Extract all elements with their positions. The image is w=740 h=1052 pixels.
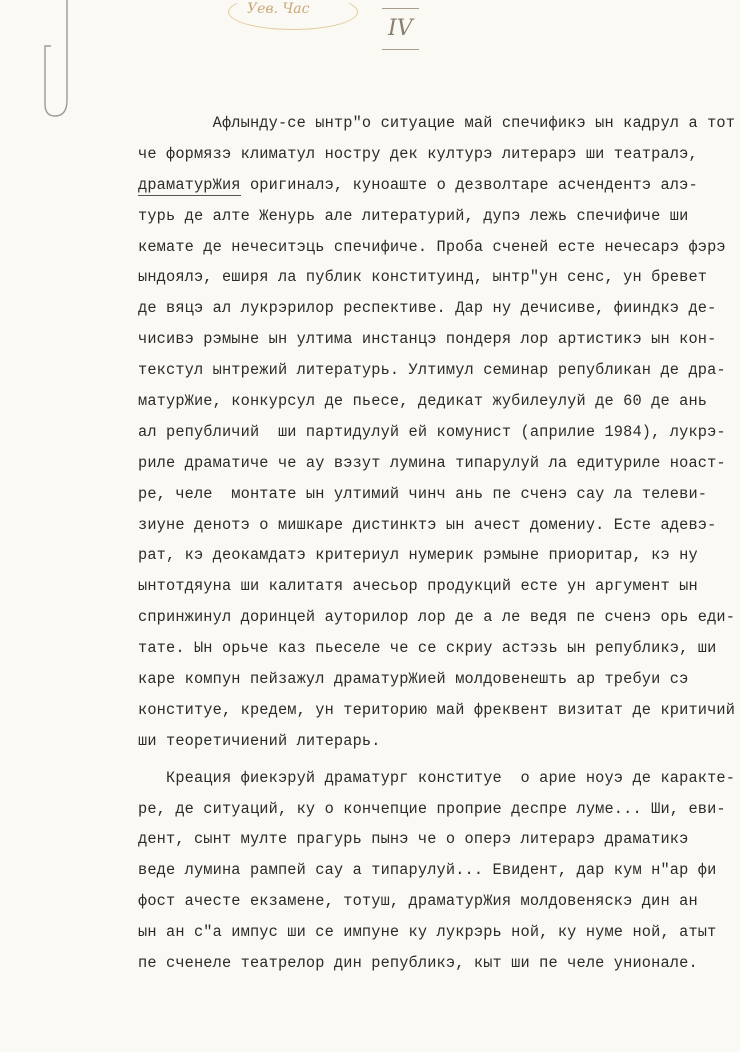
text-line: фост ачесте екзамене, тотуш, драматурЖия… [138, 886, 738, 917]
paragraph: Афлынду-се ынтр"о ситуацие май спечификэ… [138, 108, 738, 757]
text-line: конституе, кредем, ун територию май фрек… [138, 695, 738, 726]
text-line: веде лумина рампей сау а типарулуй... Ев… [138, 855, 738, 886]
text-line: ынтотдяуна ши калитатя ачесьор продукций… [138, 571, 738, 602]
text-line: ындоялэ, еширя ла публик конституинд, ын… [138, 262, 738, 293]
text-line: де вяцэ ал лукрэрилор респективе. Дар ну… [138, 293, 738, 324]
typed-text-body: Афлынду-се ынтр"о ситуацие май спечификэ… [138, 108, 738, 979]
text-line: матурЖие, конкурсул де пьесе, дедикат жу… [138, 386, 738, 417]
text-line: че формязэ климатул ностру дек културэ л… [138, 139, 738, 170]
text-line: ал републичий ши партидулуй ей комунист … [138, 417, 738, 448]
text-line: зиуне денотэ о мишкаре дистинктэ ын ачес… [138, 510, 738, 541]
handwritten-note: Уев. Час [228, 0, 358, 30]
text-line: текстул ынтрежий литературь. Ултимул сем… [138, 355, 738, 386]
text-line: ын ан с"а импус ши се импуне ку лукрэрь … [138, 917, 738, 948]
text-line: кемате де нечеситэць спечифиче. Проба сч… [138, 232, 738, 263]
text-line: рат, кэ деокамдатэ критериул нумерик рэм… [138, 540, 738, 571]
paragraph: Креация фиекэруй драматург конституе о а… [138, 763, 738, 979]
text-line: Креация фиекэруй драматург конституе о а… [138, 763, 738, 794]
document-page: Уев. Час IV Афлынду-се ынтр"о ситуацие м… [0, 0, 740, 1052]
text-line: ре, де ситуаций, ку о кончепцие проприе … [138, 794, 738, 825]
page-number: IV [382, 8, 419, 50]
text-line: ре, челе монтате ын ултимий чинч ань пе … [138, 479, 738, 510]
text-line: дент, сынт мулте прагурь пынэ че о оперэ… [138, 824, 738, 855]
paperclip-icon [39, 0, 69, 118]
text-line: риле драматиче че ау вэзут лумина типару… [138, 448, 738, 479]
text-line: ши теоретичиений литерарь. [138, 726, 738, 757]
text-line: тате. Ын орьче каз пьеселе че се скриу а… [138, 633, 738, 664]
text-line: чисивэ рэмыне ын ултима инстанцэ пондеря… [138, 324, 738, 355]
text-line: пе сченеле театрелор дин републикэ, кыт … [138, 948, 738, 979]
text-line: спринжинул доринцей ауторилор лор де а л… [138, 602, 738, 633]
text-line: каре компун пейзажул драматурЖией молдов… [138, 664, 738, 695]
text-line: драматурЖия оригиналэ, куноаште о дезвол… [138, 170, 738, 201]
text-line: турь де алте Женурь але литературий, дуп… [138, 201, 738, 232]
text-line: Афлынду-се ынтр"о ситуацие май спечификэ… [138, 108, 738, 139]
